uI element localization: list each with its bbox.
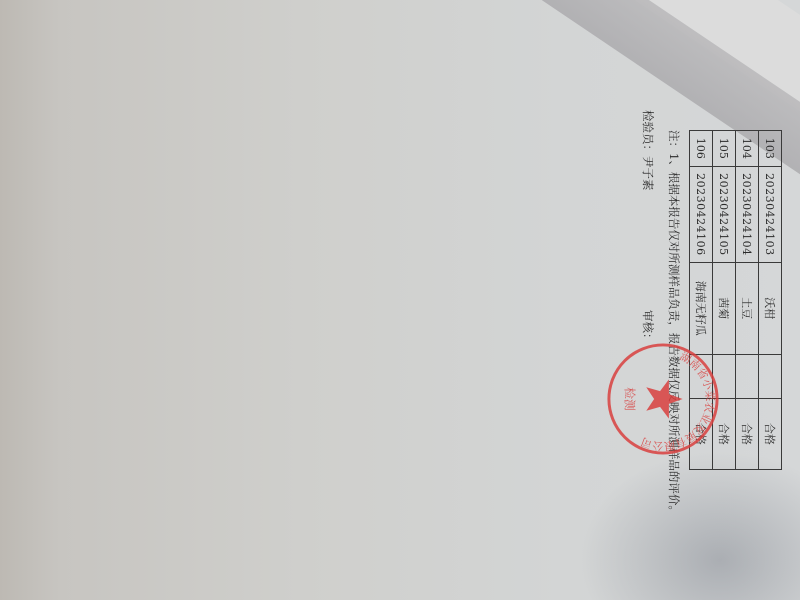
table-row: 10320230424103沃柑合格 [759, 131, 782, 470]
company-seal: 湖南省小菜农业发展有限公司 检测 [604, 340, 722, 458]
sample-code: 20230424105 [713, 166, 736, 262]
note-text: 注：1、根据本报告仅对所测样品负责，报告数据仅反映对所测样品的评价。 [666, 130, 682, 517]
sample-code: 20230424106 [690, 166, 713, 262]
svg-text:检测: 检测 [623, 387, 637, 411]
row-number: 105 [713, 131, 736, 167]
result-cell: 合格 [736, 398, 759, 469]
inspector-signature: 检验员：尹子素 [640, 110, 656, 191]
sample-name: 土豆 [736, 262, 759, 354]
sample-code: 20230424103 [759, 166, 782, 262]
result-cell: 合格 [759, 398, 782, 469]
blank-cell [736, 354, 759, 398]
row-number: 104 [736, 131, 759, 167]
table-row: 10420230424104土豆合格 [736, 131, 759, 470]
row-number: 106 [690, 131, 713, 167]
blank-cell [759, 354, 782, 398]
row-number: 103 [759, 131, 782, 167]
sample-name: 沃柑 [759, 262, 782, 354]
sample-code: 20230424104 [736, 166, 759, 262]
